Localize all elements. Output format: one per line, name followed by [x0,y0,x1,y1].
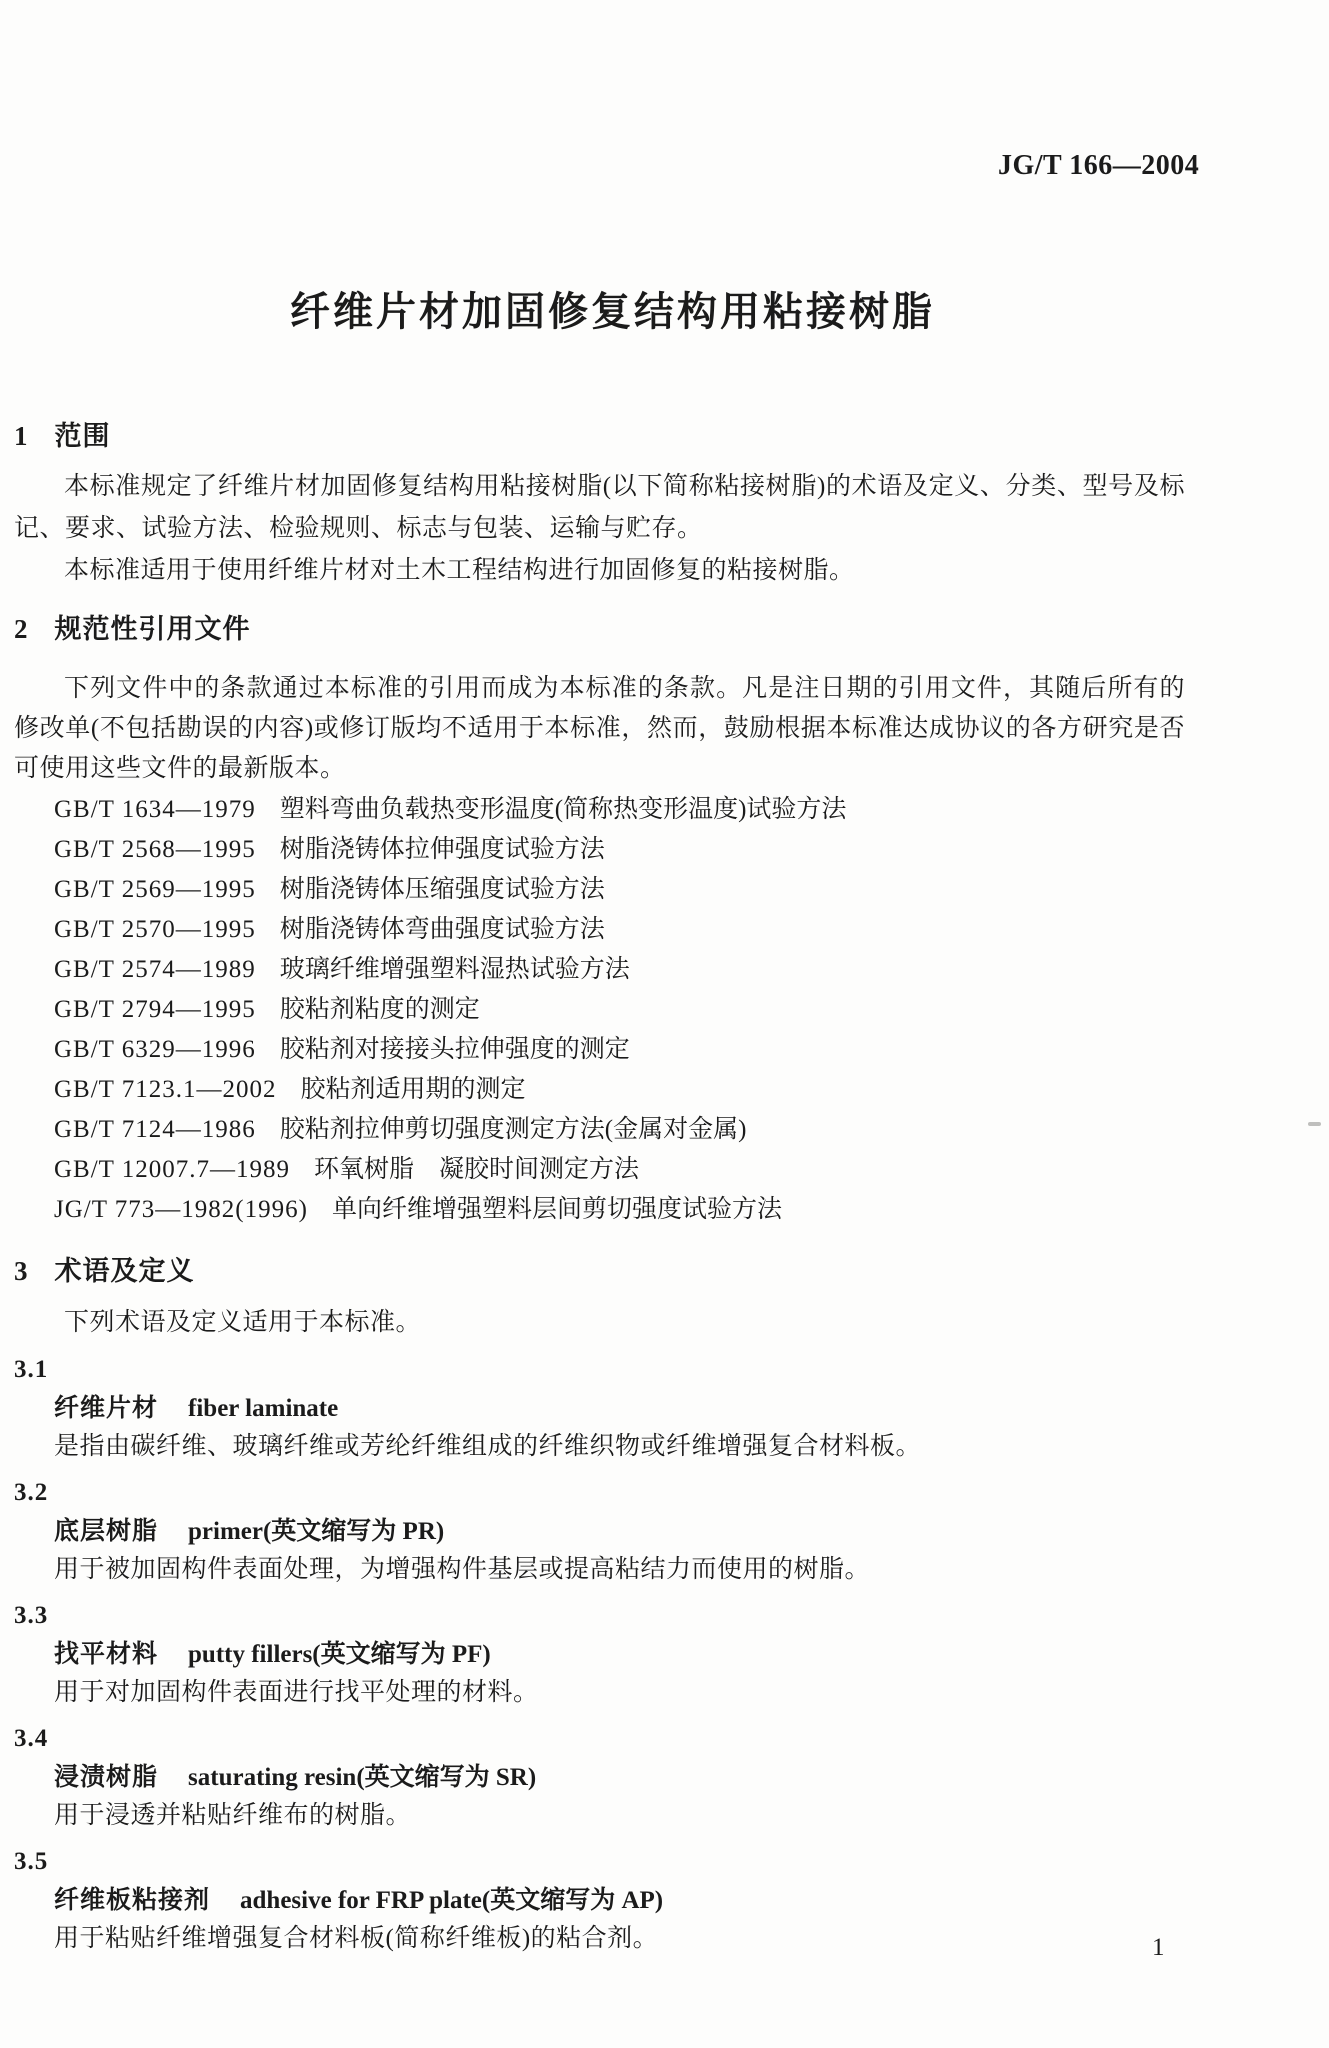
terms-and-definitions: 3.1 纤维片材fiber laminate 是指由碳纤维、玻璃纤维或芳纶纤维组… [14,1351,1185,1958]
term-block: 3.2 底层树脂primer(英文缩写为 PR) 用于被加固构件表面处理，为增强… [14,1474,1185,1589]
term-name-english: fiber laminate [188,1395,338,1422]
reference-title: 树脂浇铸体弯曲强度试验方法 [280,916,605,943]
reference-item: JG/T 773—1982(1996)单向纤维增强塑料层间剪切强度试验方法 [54,1190,1185,1230]
section-3-label: 术语及定义 [55,1256,195,1286]
scan-artifact-mark [1308,1122,1321,1126]
reference-title: 胶粘剂拉伸剪切强度测定方法(金属对金属) [280,1116,747,1143]
reference-title: 环氧树脂 凝胶时间测定方法 [314,1156,639,1183]
reference-code: GB/T 7123.1—2002 [54,1076,277,1103]
reference-item: GB/T 2570—1995树脂浇铸体弯曲强度试验方法 [54,910,1185,950]
section-2-label: 规范性引用文件 [55,614,251,644]
term-definition: 用于粘贴纤维增强复合材料板(简称纤维板)的粘合剂。 [14,1920,1185,1958]
reference-code: GB/T 12007.7—1989 [54,1156,290,1183]
reference-item: GB/T 7124—1986胶粘剂拉伸剪切强度测定方法(金属对金属) [54,1110,1185,1150]
section-1-paragraph-2: 本标准适用于使用纤维片材对土木工程结构进行加固修复的粘接树脂。 [14,550,1185,592]
reference-code: GB/T 2570—1995 [54,916,256,943]
section-2-paragraph: 下列文件中的条款通过本标准的引用而成为本标准的条款。凡是注日期的引用文件，其随后… [14,669,1185,789]
section-1-label: 范围 [55,421,111,451]
reference-code: JG/T 773—1982(1996) [54,1196,308,1223]
reference-title: 胶粘剂对接接头拉伸强度的测定 [280,1036,630,1063]
reference-title: 树脂浇铸体拉伸强度试验方法 [280,836,605,863]
term-definition: 用于被加固构件表面处理，为增强构件基层或提高粘结力而使用的树脂。 [14,1551,1185,1589]
reference-code: GB/T 7124—1986 [54,1116,256,1143]
reference-item: GB/T 2569—1995树脂浇铸体压缩强度试验方法 [54,870,1185,910]
reference-item: GB/T 12007.7—1989环氧树脂 凝胶时间测定方法 [54,1150,1185,1190]
reference-title: 胶粘剂适用期的测定 [301,1076,526,1103]
term-name-chinese: 纤维片材 [54,1394,158,1422]
reference-title: 树脂浇铸体压缩强度试验方法 [280,876,605,903]
term-name: 纤维片材fiber laminate [14,1389,1185,1428]
term-name-english: adhesive for FRP plate(英文缩写为 AP) [240,1887,663,1914]
reference-title: 玻璃纤维增强塑料湿热试验方法 [280,956,630,983]
section-1-heading: 1范围 [14,421,1185,452]
document-page: JG/T 166—2004 纤维片材加固修复结构用粘接树脂 1范围 本标准规定了… [0,0,1329,2048]
reference-code: GB/T 2574—1989 [54,956,256,983]
reference-title: 胶粘剂粘度的测定 [280,996,480,1023]
term-block: 3.5 纤维板粘接剂adhesive for FRP plate(英文缩写为 A… [14,1843,1185,1958]
term-block: 3.3 找平材料putty fillers(英文缩写为 PF) 用于对加固构件表… [14,1597,1185,1712]
term-name-english: primer(英文缩写为 PR) [188,1518,444,1545]
section-3-heading: 3术语及定义 [14,1256,1185,1287]
page-number: 1 [1152,1934,1165,1962]
section-3-intro: 下列术语及定义适用于本标准。 [14,1303,1185,1343]
term-number: 3.4 [14,1720,1185,1758]
term-name-english: putty fillers(英文缩写为 PF) [188,1641,491,1668]
reference-item: GB/T 1634—1979塑料弯曲负载热变形温度(简称热变形温度)试验方法 [54,790,1185,830]
reference-title: 塑料弯曲负载热变形温度(简称热变形温度)试验方法 [280,796,847,823]
section-1-number: 1 [14,421,29,451]
reference-item: GB/T 7123.1—2002胶粘剂适用期的测定 [54,1070,1185,1110]
reference-code: GB/T 2569—1995 [54,876,256,903]
term-number: 3.2 [14,1474,1185,1512]
term-name-chinese: 纤维板粘接剂 [54,1886,210,1914]
reference-code: GB/T 1634—1979 [54,796,256,823]
term-block: 3.4 浸渍树脂saturating resin(英文缩写为 SR) 用于浸透并… [14,1720,1185,1835]
term-block: 3.1 纤维片材fiber laminate 是指由碳纤维、玻璃纤维或芳纶纤维组… [14,1351,1185,1466]
section-2-number: 2 [14,614,29,644]
page-content: 纤维片材加固修复结构用粘接树脂 1范围 本标准规定了纤维片材加固修复结构用粘接树… [14,0,1185,1958]
section-1-paragraph-1: 本标准规定了纤维片材加固修复结构用粘接树脂(以下简称粘接树脂)的术语及定义、分类… [14,466,1185,550]
reference-item: GB/T 2574—1989玻璃纤维增强塑料湿热试验方法 [54,950,1185,990]
term-number: 3.5 [14,1843,1185,1881]
reference-code: GB/T 2568—1995 [54,836,256,863]
term-name-chinese: 浸渍树脂 [54,1763,158,1791]
term-name-english: saturating resin(英文缩写为 SR) [188,1764,536,1791]
reference-item: GB/T 6329—1996胶粘剂对接接头拉伸强度的测定 [54,1030,1185,1070]
term-definition: 用于浸透并粘贴纤维布的树脂。 [14,1797,1185,1835]
term-name-chinese: 底层树脂 [54,1517,158,1545]
term-definition: 用于对加固构件表面进行找平处理的材料。 [14,1674,1185,1712]
reference-title: 单向纤维增强塑料层间剪切强度试验方法 [332,1196,782,1223]
term-name-chinese: 找平材料 [54,1640,158,1668]
term-number: 3.1 [14,1351,1185,1389]
term-definition: 是指由碳纤维、玻璃纤维或芳纶纤维组成的纤维织物或纤维增强复合材料板。 [14,1428,1185,1466]
document-title: 纤维片材加固修复结构用粘接树脂 [40,280,1185,337]
reference-code: GB/T 2794—1995 [54,996,256,1023]
term-name: 浸渍树脂saturating resin(英文缩写为 SR) [14,1758,1185,1797]
normative-references-list: GB/T 1634—1979塑料弯曲负载热变形温度(简称热变形温度)试验方法 G… [14,790,1185,1230]
reference-code: GB/T 6329—1996 [54,1036,256,1063]
section-2-heading: 2规范性引用文件 [14,614,1185,645]
reference-item: GB/T 2794—1995胶粘剂粘度的测定 [54,990,1185,1030]
term-name: 找平材料putty fillers(英文缩写为 PF) [14,1635,1185,1674]
term-name: 底层树脂primer(英文缩写为 PR) [14,1512,1185,1551]
section-3-number: 3 [14,1256,29,1286]
reference-item: GB/T 2568—1995树脂浇铸体拉伸强度试验方法 [54,830,1185,870]
term-name: 纤维板粘接剂adhesive for FRP plate(英文缩写为 AP) [14,1881,1185,1920]
term-number: 3.3 [14,1597,1185,1635]
